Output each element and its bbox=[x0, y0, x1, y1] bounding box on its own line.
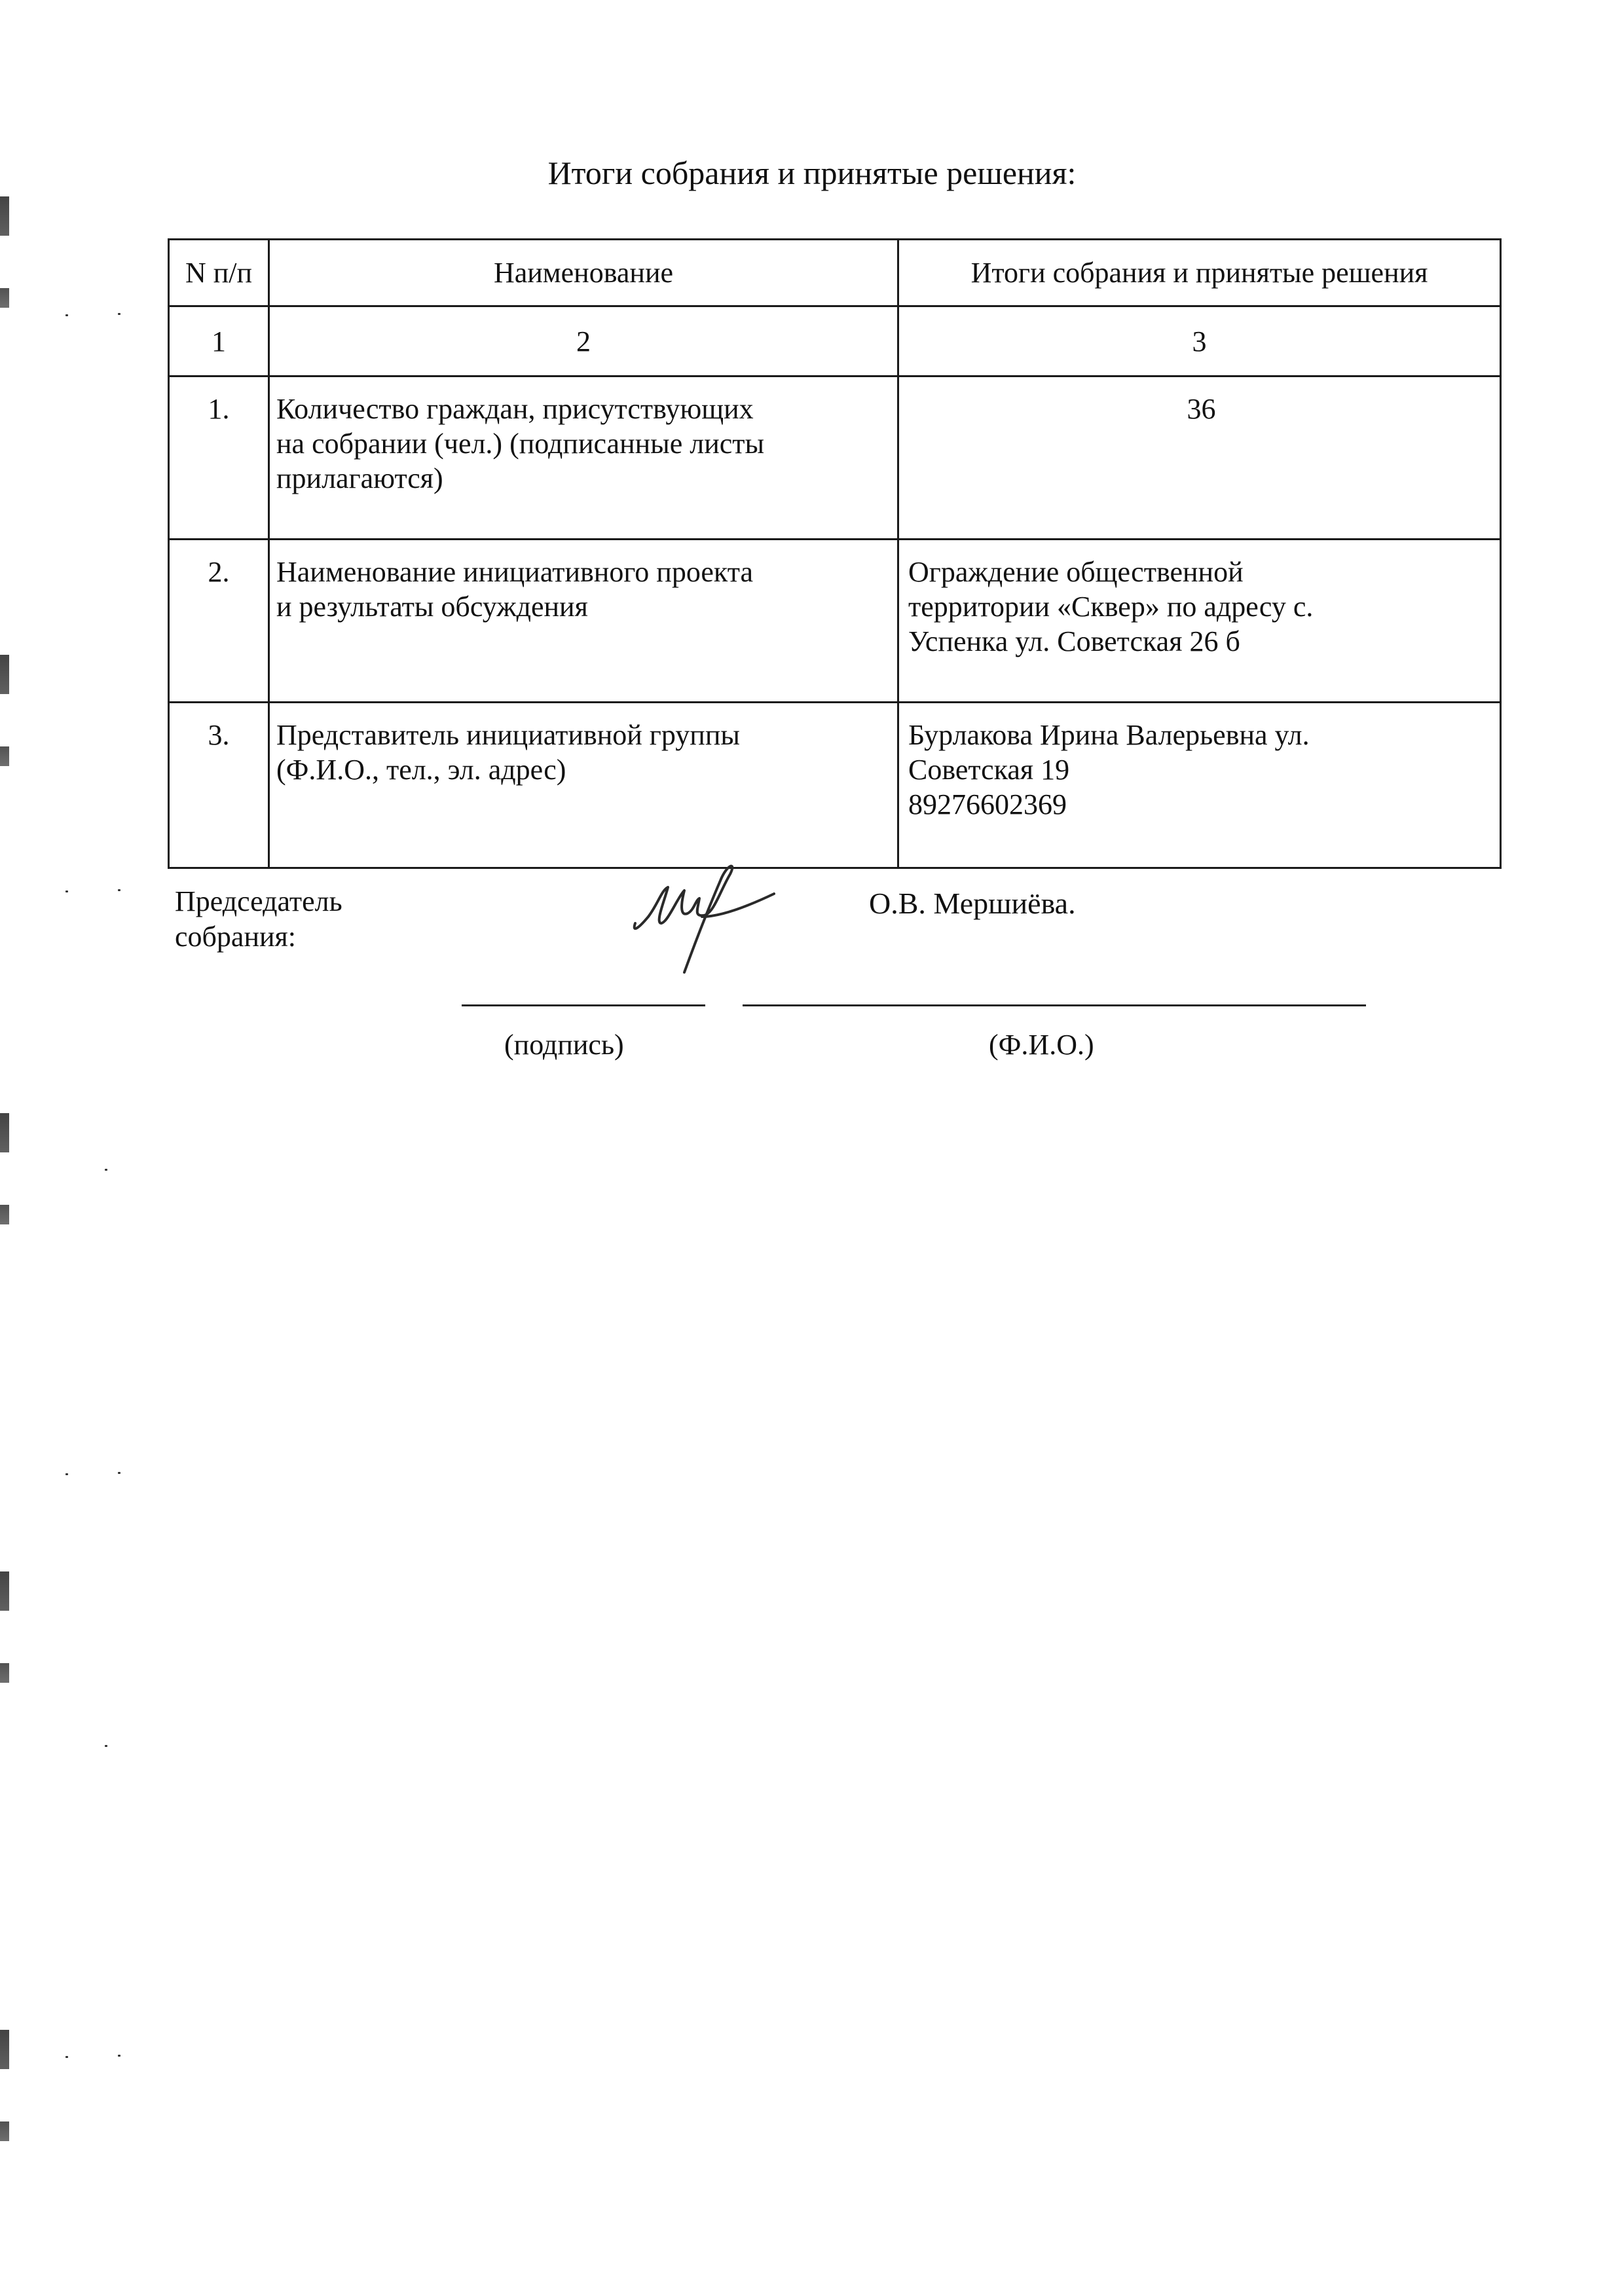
name-caption: (Ф.И.О.) bbox=[989, 1028, 1094, 1061]
chairman-label-line: Председатель bbox=[175, 884, 342, 919]
handwritten-signature-icon bbox=[622, 851, 792, 982]
row-number: 2. bbox=[169, 540, 269, 703]
row-name-line: и результаты обсуждения bbox=[276, 589, 892, 624]
scan-speck bbox=[105, 1745, 107, 1747]
scan-speck bbox=[65, 1473, 68, 1475]
column-number: 2 bbox=[269, 306, 898, 376]
scan-speck bbox=[118, 1472, 120, 1474]
row-number: 1. bbox=[169, 376, 269, 540]
scan-edge-artifact bbox=[0, 0, 9, 2295]
scan-speck bbox=[65, 314, 68, 316]
table-row: 2. Наименование инициативного проекта и … bbox=[169, 540, 1501, 703]
representative-name: Бурлакова Ирина Валерьевна ул. bbox=[908, 718, 1494, 752]
row-value: Ограждение общественной территории «Скве… bbox=[898, 540, 1501, 703]
table-row: 1. Количество граждан, присутствующих на… bbox=[169, 376, 1501, 540]
project-line: Успенка ул. Советская 26 б bbox=[908, 624, 1494, 659]
name-line bbox=[743, 1004, 1366, 1006]
row-name-line: Наименование инициативного проекта bbox=[276, 555, 892, 589]
column-number-row: 1 2 3 bbox=[169, 306, 1501, 376]
representative-phone: 89276602369 bbox=[908, 787, 1494, 822]
results-table: N п/п Наименование Итоги собрания и прин… bbox=[168, 238, 1502, 869]
table-header-row: N п/п Наименование Итоги собрания и прин… bbox=[169, 240, 1501, 306]
header-number: N п/п bbox=[169, 240, 269, 306]
scan-speck bbox=[118, 889, 120, 891]
row-name: Представитель инициативной группы (Ф.И.О… bbox=[269, 703, 898, 868]
representative-address: Советская 19 bbox=[908, 752, 1494, 787]
scan-speck bbox=[65, 890, 68, 892]
signature-line bbox=[462, 1004, 705, 1006]
row-name: Наименование инициативного проекта и рез… bbox=[269, 540, 898, 703]
column-number: 1 bbox=[169, 306, 269, 376]
table-row: 3. Представитель инициативной группы (Ф.… bbox=[169, 703, 1501, 868]
project-line: территории «Сквер» по адресу с. bbox=[908, 589, 1494, 624]
row-value: 36 bbox=[898, 376, 1501, 540]
header-results: Итоги собрания и принятые решения bbox=[898, 240, 1501, 306]
row-name-line: на собрании (чел.) (подписанные листы bbox=[276, 426, 892, 461]
scan-speck bbox=[65, 2056, 68, 2058]
header-name: Наименование bbox=[269, 240, 898, 306]
project-line: Ограждение общественной bbox=[908, 555, 1494, 589]
column-number: 3 bbox=[898, 306, 1501, 376]
row-name-line: (Ф.И.О., тел., эл. адрес) bbox=[276, 752, 892, 787]
row-name: Количество граждан, присутствующих на со… bbox=[269, 376, 898, 540]
attendee-count: 36 bbox=[908, 392, 1494, 426]
row-name-line: прилагаются) bbox=[276, 461, 892, 496]
row-name-line: Представитель инициативной группы bbox=[276, 718, 892, 752]
signature-caption: (подпись) bbox=[504, 1028, 624, 1061]
scan-speck bbox=[105, 1169, 107, 1171]
scan-speck bbox=[118, 2055, 120, 2057]
scan-speck bbox=[118, 313, 120, 315]
chairman-name: О.В. Мершиёва. bbox=[869, 886, 1076, 921]
row-number: 3. bbox=[169, 703, 269, 868]
chairman-label-line: собрания: bbox=[175, 919, 342, 955]
row-name-line: Количество граждан, присутствующих bbox=[276, 392, 892, 426]
chairman-label: Председатель собрания: bbox=[175, 884, 342, 955]
page-title: Итоги собрания и принятые решения: bbox=[0, 154, 1624, 192]
row-value: Бурлакова Ирина Валерьевна ул. Советская… bbox=[898, 703, 1501, 868]
